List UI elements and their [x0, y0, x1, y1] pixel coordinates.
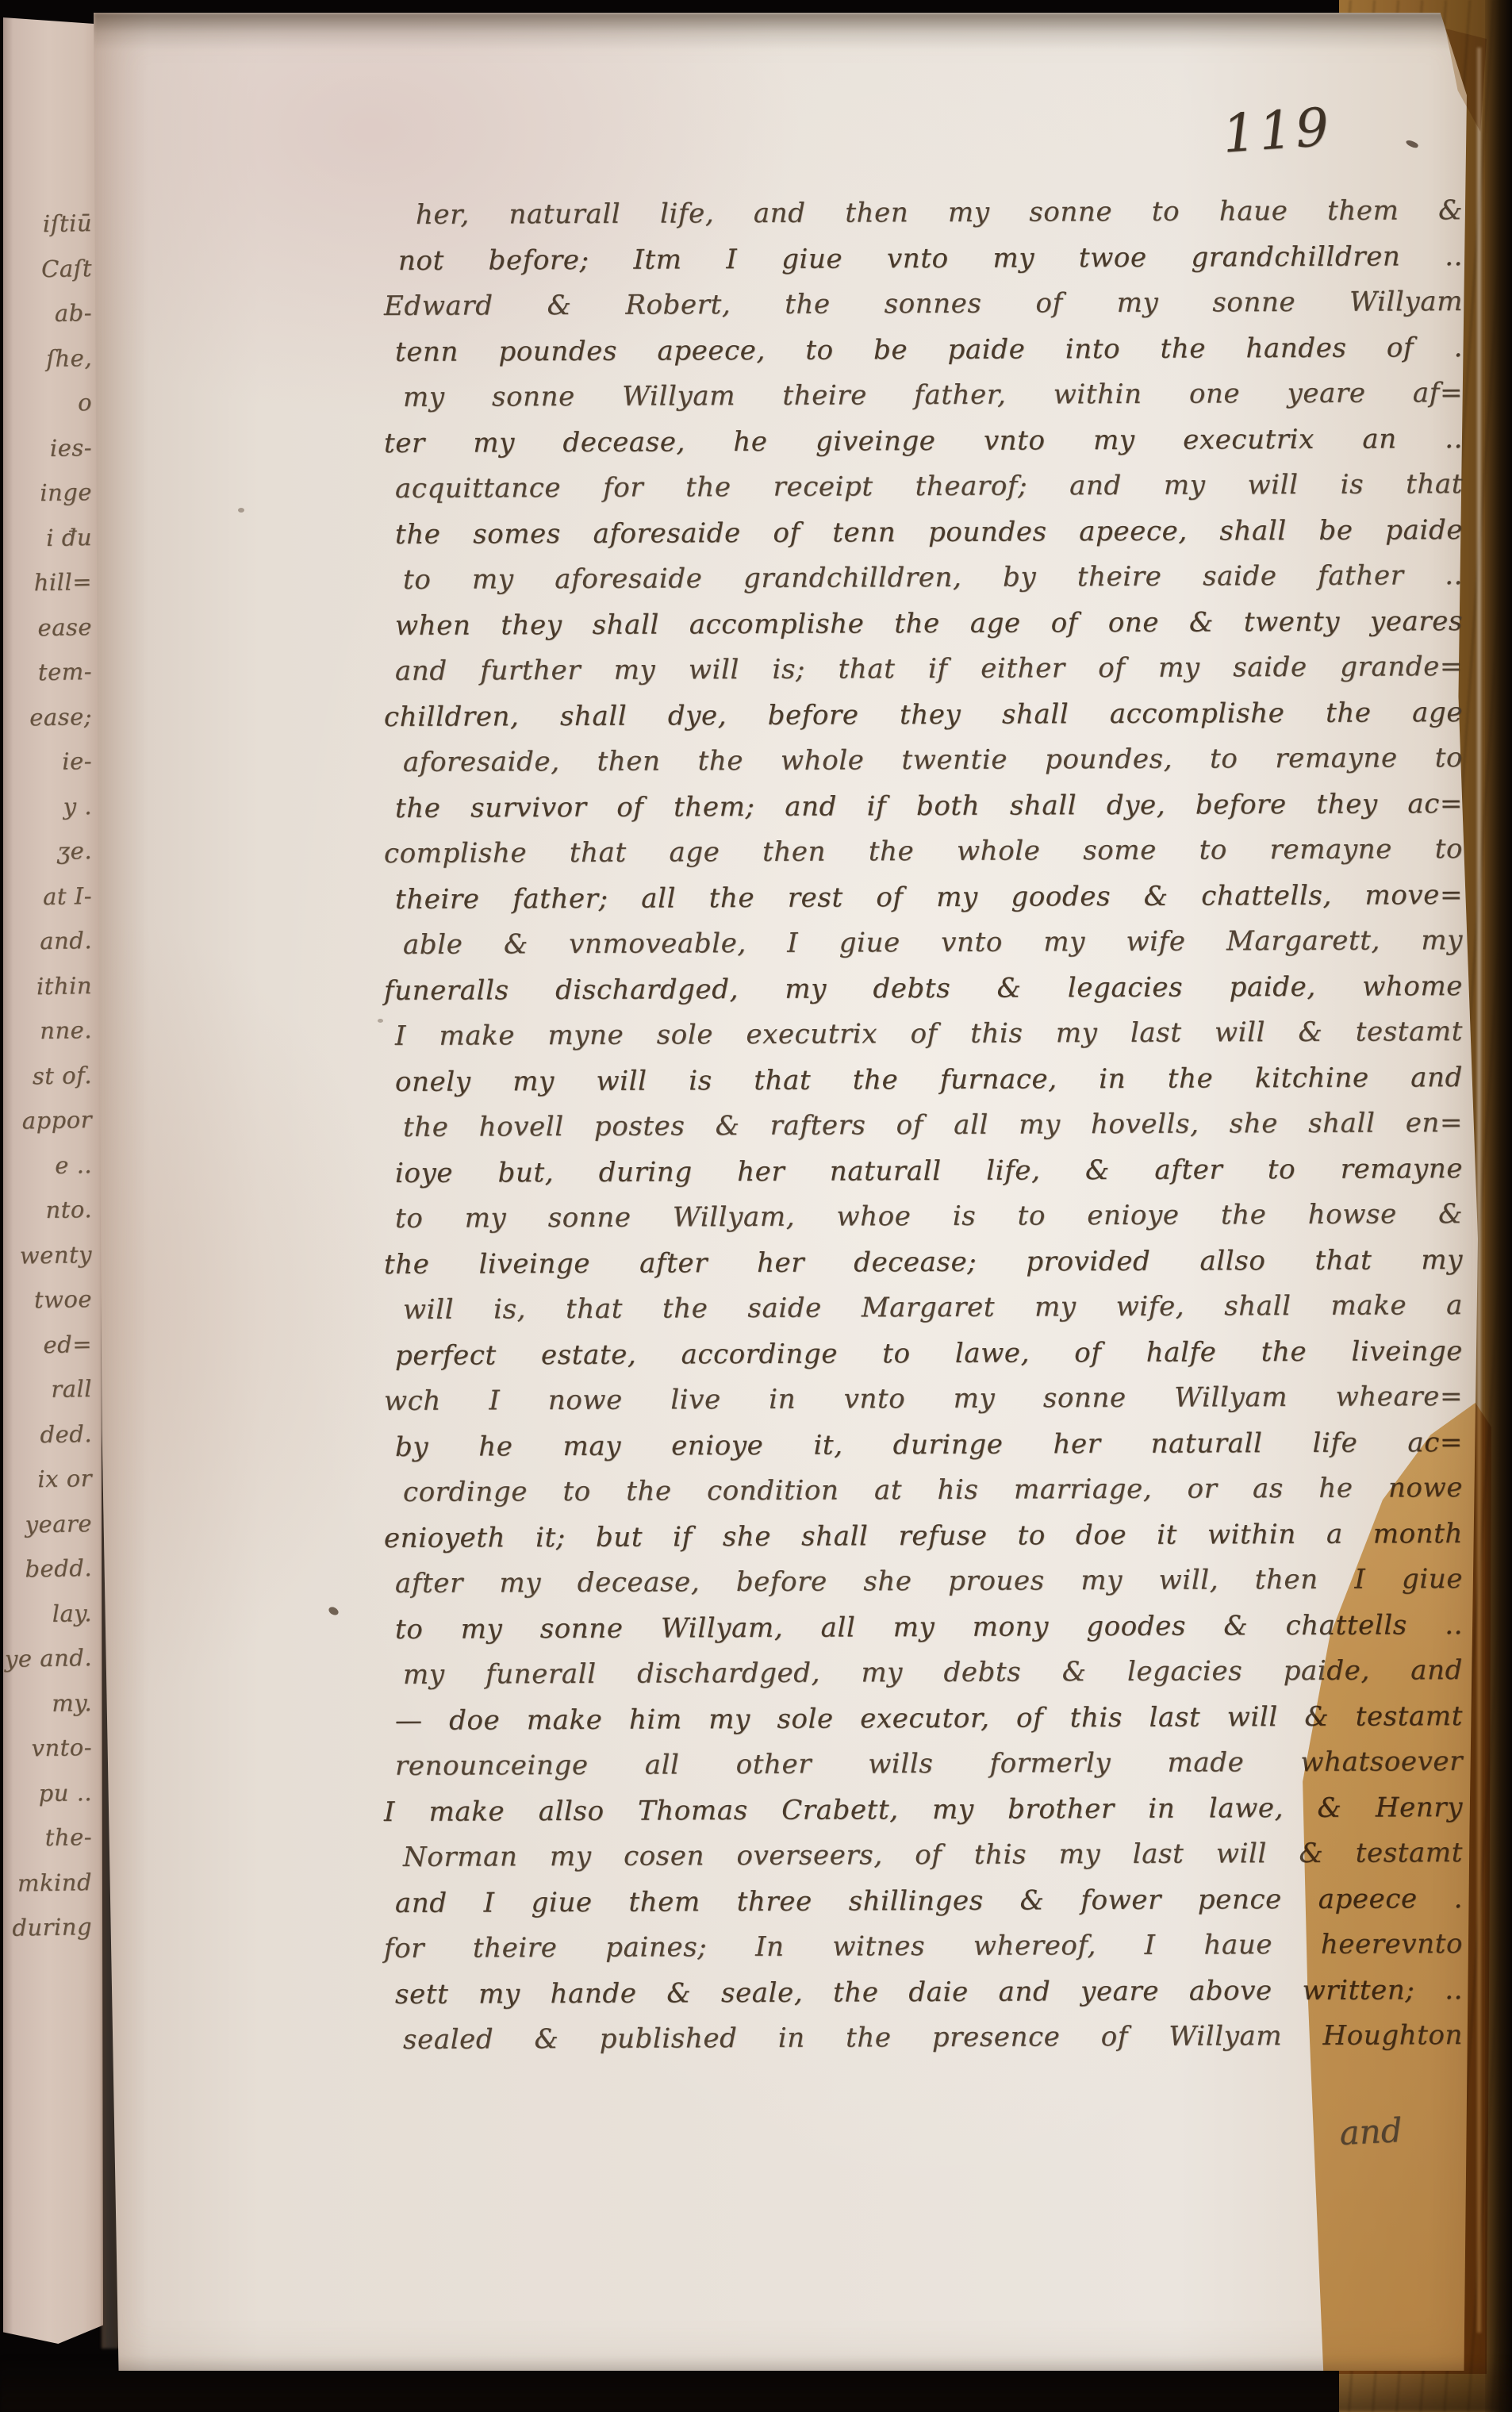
facing-page-text-fragment: bedd. [3, 1546, 93, 1592]
facing-page-text-fragment: during [3, 1904, 93, 1950]
manuscript-line: theire father; all the rest of my goodes… [395, 873, 1463, 923]
facing-page-text-fragment: nto. [3, 1187, 93, 1233]
manuscript-line: by he may enioye it, duringe her natural… [395, 1420, 1463, 1470]
manuscript-line: Edward & Robert, the sonnes of my sonne … [384, 279, 1463, 329]
page-top-shadow [94, 13, 1483, 49]
facing-page-text-fragment: o [3, 380, 93, 426]
manuscript-line: the survivor of them; and if both shall … [395, 782, 1463, 832]
manuscript-line: to my sonne Willyam, all my mony goodes … [395, 1603, 1463, 1653]
manuscript-line: the somes aforesaide of tenn poundes ape… [395, 508, 1463, 558]
facing-page-text-fragment: lay. [3, 1591, 93, 1637]
catchword: and [1307, 2109, 1435, 2154]
manuscript-line: funeralls dischardged, my debts & legaci… [384, 964, 1463, 1014]
facing-page-text-fragment: ye and. [3, 1635, 93, 1681]
facing-page-text-fragment: yeare [3, 1501, 93, 1547]
manuscript-line: ioye but, during her naturall life, & af… [395, 1146, 1463, 1196]
manuscript-line: to my sonne Willyam, whoe is to enioye t… [395, 1192, 1463, 1242]
facing-page-fragments: iſtiūCaſtab-ſhe,oies-ingei đuhill=easete… [3, 202, 92, 1950]
facing-page-text-fragment: tem- [3, 649, 93, 695]
facing-page-text-fragment: wenty [3, 1232, 93, 1278]
manuscript-line: — doe make him my sole executor, of this… [395, 1694, 1463, 1744]
manuscript-line: the hovell postes & rafters of all my ho… [403, 1100, 1463, 1150]
facing-page-text-fragment: appor [3, 1097, 93, 1143]
manuscript-line: the liveinge after her decease; provided… [384, 1238, 1463, 1288]
manuscript-line: to my aforesaide grandchilldren, by thei… [403, 553, 1463, 603]
facing-page-text-fragment: hill= [3, 559, 93, 605]
facing-page-text-fragment: the- [3, 1815, 93, 1861]
manuscript-line: acquittance for the receipt thearof; and… [395, 462, 1463, 512]
facing-page-text-fragment: my. [3, 1680, 93, 1726]
facing-page-text-fragment: twoe [3, 1277, 93, 1323]
facing-page-text-fragment: ithin [3, 963, 93, 1009]
binding-edge [1485, 0, 1512, 2412]
manuscript-line: perfect estate, accordinge to lawe, of h… [395, 1329, 1463, 1379]
manuscript-line: chilldren, shall dye, before they shall … [384, 690, 1463, 740]
facing-page-text-fragment: pu .. [3, 1770, 93, 1816]
facing-page-text-fragment: ies- [3, 425, 93, 471]
facing-page-text-fragment: inge [3, 470, 93, 516]
manuscript-photograph: iſtiūCaſtab-ſhe,oies-ingei đuhill=easete… [0, 0, 1512, 2412]
bottom-shadow [0, 2356, 1512, 2412]
facing-page-text-fragment: e .. [3, 1143, 93, 1189]
will-text: her, naturall life, and then my sonne to… [395, 190, 1463, 2061]
manuscript-line: after my decease, before she proues my w… [395, 1557, 1463, 1607]
manuscript-line: I make myne sole executrix of this my la… [395, 1009, 1463, 1059]
manuscript-line: and further my will is; that if either o… [395, 644, 1463, 694]
manuscript-line: ter my decease, he giveinge vnto my exec… [384, 417, 1463, 467]
facing-page-text-fragment: at I- [3, 874, 93, 920]
manuscript-line: tenn poundes apeece, to be paide into th… [395, 325, 1463, 375]
manuscript-line: sealed & published in the presence of Wi… [403, 2013, 1463, 2063]
manuscript-line: when they shall accomplishe the age of o… [395, 599, 1463, 649]
manuscript-line: able & vnmoveable, I giue vnto my wife M… [403, 918, 1463, 968]
facing-page-text-fragment: nne. [3, 1008, 93, 1054]
manuscript-line: for theire paines; In witnes whereof, I … [384, 1922, 1463, 1972]
manuscript-line: will is, that the saide Margaret my wife… [403, 1283, 1463, 1333]
folio-number: 119 [1188, 94, 1367, 167]
facing-page-text-fragment: st of. [3, 1053, 93, 1099]
facing-page-text-fragment: ab- [3, 290, 93, 336]
manuscript-line: wch I nowe live in vnto my sonne Willyam… [384, 1374, 1463, 1424]
manuscript-line: onely my will is that the furnace, in th… [395, 1055, 1463, 1105]
facing-page-text-fragment: ease [3, 605, 93, 651]
manuscript-line: enioyeth it; but if she shall refuse to … [384, 1511, 1463, 1561]
facing-page-text-fragment: ed= [3, 1322, 93, 1368]
facing-page-text-fragment: ʒe. [3, 828, 93, 874]
manuscript-line: complishe that age then the whole some t… [384, 827, 1463, 877]
facing-page-text-fragment: ded. [3, 1411, 93, 1458]
facing-page-text-fragment: Caſt [3, 246, 93, 292]
facing-page-text-fragment: i đu [3, 515, 93, 561]
manuscript-line: aforesaide, then the whole twentie pound… [403, 736, 1463, 785]
facing-page-text-fragment: vnto- [3, 1725, 93, 1771]
facing-page-text-fragment: ie- [3, 739, 93, 785]
manuscript-line: my sonne Willyam theire father, within o… [403, 371, 1463, 421]
facing-page-text-fragment: ease; [3, 694, 93, 740]
ink-speck [378, 1019, 383, 1023]
ink-speck [238, 508, 244, 513]
facing-page-text-fragment: rall [3, 1366, 93, 1412]
facing-page-text-fragment: y . [3, 784, 93, 830]
facing-page-text-fragment: ix or [3, 1456, 93, 1502]
manuscript-line: Norman my cosen overseers, of this my la… [403, 1830, 1463, 1880]
manuscript-line: not before; Itm I giue vnto my twoe gran… [398, 234, 1463, 284]
manuscript-line: I make allso Thomas Crabett, my brother … [384, 1785, 1463, 1835]
facing-page-text-fragment: ſhe, [3, 336, 93, 382]
manuscript-line: her, naturall life, and then my sonne to… [416, 188, 1463, 238]
facing-page-edge: iſtiūCaſtab-ſhe,oies-ingei đuhill=easete… [3, 17, 103, 2344]
manuscript-line: cordinge to the condition at his marriag… [403, 1465, 1463, 1515]
facing-page-text-fragment: and. [3, 918, 93, 964]
manuscript-line: my funerall dischardged, my debts & lega… [403, 1648, 1463, 1698]
facing-page-text-fragment: iſtiū [3, 201, 93, 247]
manuscript-line: and I giue them three shillinges & fower… [395, 1876, 1463, 1926]
facing-page-text-fragment: mkind [3, 1860, 93, 1906]
manuscript-line: sett my hande & seale, the daie and year… [395, 1968, 1463, 2018]
